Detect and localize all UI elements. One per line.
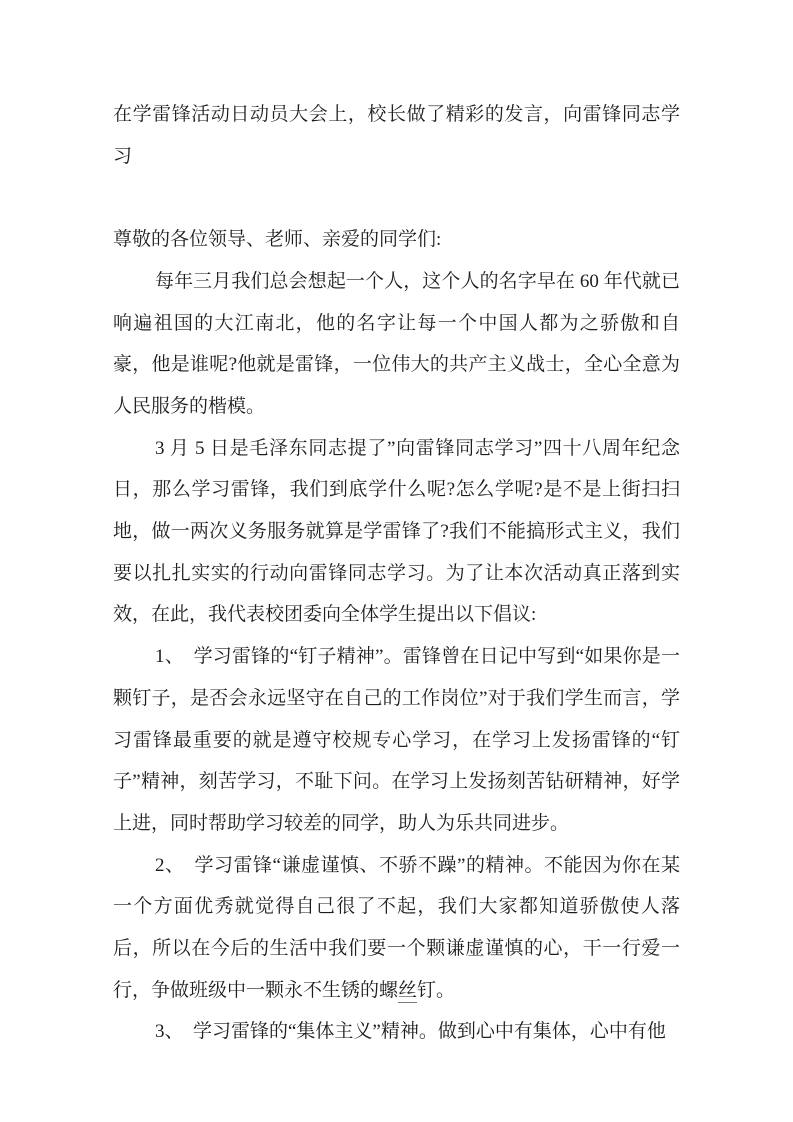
proposal-item-3: 3、 学习雷锋的“集体主义”精神。做到心中有集体，心中有他	[113, 1011, 680, 1053]
salutation-line: 尊敬的各位领导、老师、亲爱的同学们:	[113, 219, 680, 261]
document-page: 在学雷锋活动日动员大会上，校长做了精彩的发言，向雷锋同志学习 尊敬的各位领导、老…	[0, 0, 793, 1122]
proposal-item-1: 1、 学习雷锋的“钉子精神”。雷锋曾在日记中写到“如果你是一颗钉子，是否会永远坚…	[113, 636, 680, 845]
paragraph-call-to-action: 3 月 5 日是毛泽东同志提了”向雷锋同志学习”四十八周年纪念日，那么学习雷锋，…	[113, 428, 680, 637]
proposal-item-2-text-start: 2、 学习雷锋“谦虚谨慎、不骄不躁”的精神。不能因为你在某一个方面优秀就觉得自己…	[113, 855, 680, 1001]
spellcheck-underlined-char: 丝	[398, 980, 417, 1003]
proposal-item-2: 2、 学习雷锋“谦虚谨慎、不骄不躁”的精神。不能因为你在某一个方面优秀就觉得自己…	[113, 845, 680, 1012]
document-title: 在学雷锋活动日动员大会上，校长做了精彩的发言，向雷锋同志学习	[113, 94, 680, 177]
proposal-item-2-text-end: 钉。	[417, 980, 455, 1001]
paragraph-lei-feng-intro: 每年三月我们总会想起一个人，这个人的名字早在 60 年代就已响遍祖国的大江南北，…	[113, 261, 680, 428]
blank-line	[113, 177, 680, 219]
